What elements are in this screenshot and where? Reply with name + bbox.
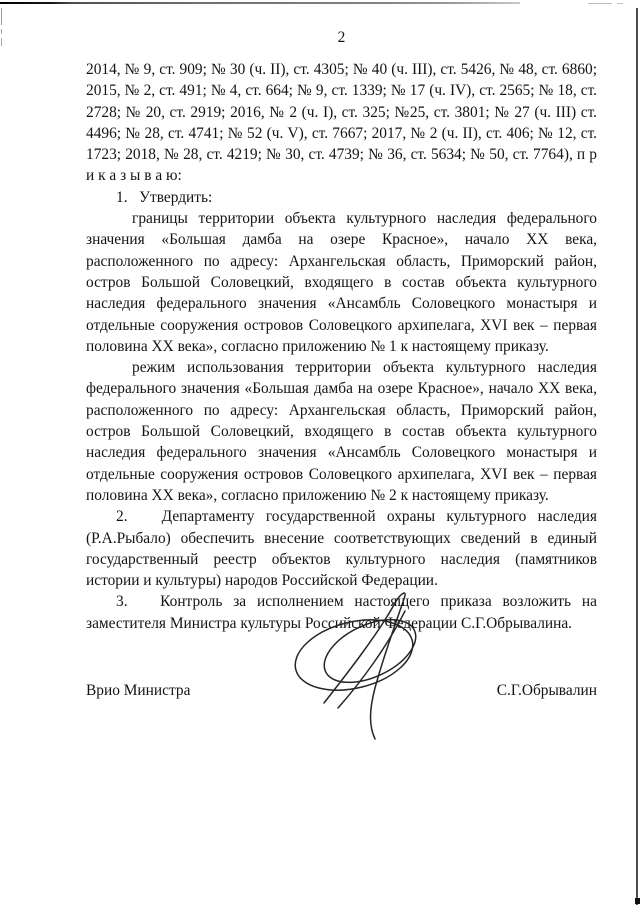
signer-name: С.Г.Обрывалин: [497, 680, 597, 701]
scan-corner-mark: [635, 898, 640, 904]
scanned-document-page: 2 2014, № 9, ст. 909; № 30 (ч. II), ст. …: [0, 0, 640, 905]
paragraph-order-item-2: 2. Департаменту государственной охраны к…: [86, 506, 597, 591]
scan-edge-top-dash: [617, 3, 623, 4]
scan-edge-left-dash: [1, 29, 2, 34]
paragraph-legal-citations: 2014, № 9, ст. 909; № 30 (ч. II), ст. 43…: [86, 59, 597, 187]
paragraph-territory-borders: границы территории объекта культурного н…: [86, 208, 597, 357]
paragraph-usage-regime: режим использования территории объекта к…: [86, 357, 597, 506]
handwritten-signature-icon: [284, 587, 434, 742]
paragraph-order-item-1: 1. Утвердить:: [86, 187, 597, 208]
scan-edge-top-dash: [588, 3, 612, 4]
signer-title: Врио Министра: [86, 680, 190, 701]
page-number: 2: [86, 29, 597, 47]
scan-edge-left-dash: [1, 38, 2, 46]
scan-edge-top-line: [0, 2, 520, 4]
scan-edge-left-dash: [1, 8, 2, 25]
scan-edge-right-line: [636, 8, 638, 905]
